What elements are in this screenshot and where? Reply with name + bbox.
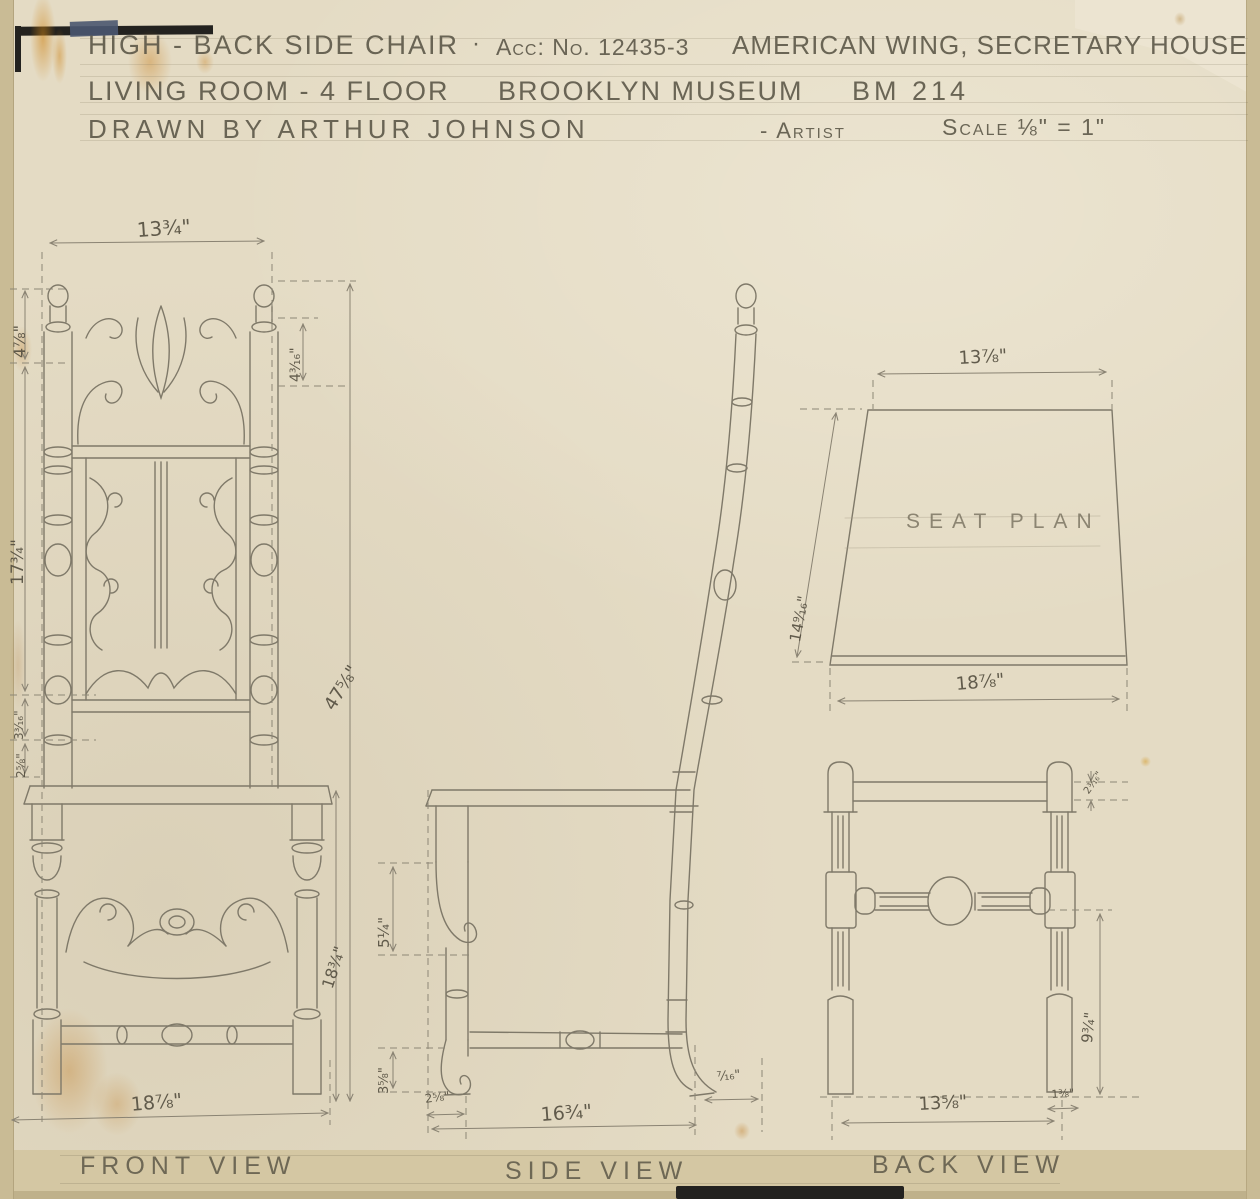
title-room: LIVING ROOM - 4 FLOOR [88, 76, 450, 107]
dim-front-overall-width: 18⅞" [130, 1090, 183, 1116]
seat-plan-drawing [830, 410, 1127, 665]
front-view-drawing [24, 285, 332, 1094]
title-location: AMERICAN WING, SECRETARY HOUSE [732, 30, 1247, 61]
title-museum: BROOKLYN MUSEUM [498, 76, 804, 107]
dim-front-seat-rail: 2⅝" [14, 753, 28, 778]
seat-plan-label: SEAT PLAN [906, 510, 1101, 534]
title-artist: - Artist [760, 118, 846, 144]
title-separator: · [472, 30, 480, 58]
dim-side-seat-depth: 16¾" [540, 1100, 593, 1126]
side-view-label: SIDE VIEW [505, 1157, 688, 1186]
side-view-drawing [426, 284, 757, 1096]
front-view-label: FRONT VIEW [80, 1152, 296, 1181]
dim-front-back-panel: 17¾" [8, 539, 28, 585]
dim-side-knee-bracket: 5¼" [375, 917, 393, 948]
title-catalog-number: BM 214 [852, 76, 969, 107]
construction-lines [10, 252, 1140, 1140]
dimension-lines [12, 241, 1119, 1129]
dim-plan-back-edge: 13⅞" [958, 345, 1008, 369]
title-scale: Scale ⅛" = 1" [942, 114, 1106, 141]
dim-side-rear-foot: ⁷⁄₁₆" [716, 1068, 741, 1085]
chair-line-art [0, 0, 1260, 1199]
title-drawn-by: DRAWN BY ARTHUR JOHNSON [88, 114, 590, 145]
dim-front-crest-height: 4³⁄₁₆" [288, 347, 304, 382]
dim-back-foot-width: 1⅜" [1051, 1086, 1075, 1101]
title-object-name: HIGH - BACK SIDE CHAIR [88, 30, 459, 61]
title-accession-number: Acc: No. 12435-3 [496, 34, 689, 61]
dim-front-back-width: 13¾" [136, 214, 192, 242]
back-view-label: BACK VIEW [872, 1151, 1065, 1180]
dim-back-stretcher-height: 9¾" [1078, 1011, 1099, 1044]
back-view-drawing [824, 762, 1076, 1094]
dim-side-foot-scroll: 3⅝" [377, 1067, 392, 1094]
scanned-drawing-page: { "title_block": { "line1": { "name": "H… [0, 0, 1260, 1199]
dim-back-leg-span: 13⅝" [918, 1091, 968, 1115]
dim-plan-front-edge: 18⅞" [955, 670, 1005, 695]
dim-front-crest-finial: 4⅞" [10, 325, 29, 358]
dim-front-lower-rail: 3³⁄₁₆" [12, 710, 26, 740]
